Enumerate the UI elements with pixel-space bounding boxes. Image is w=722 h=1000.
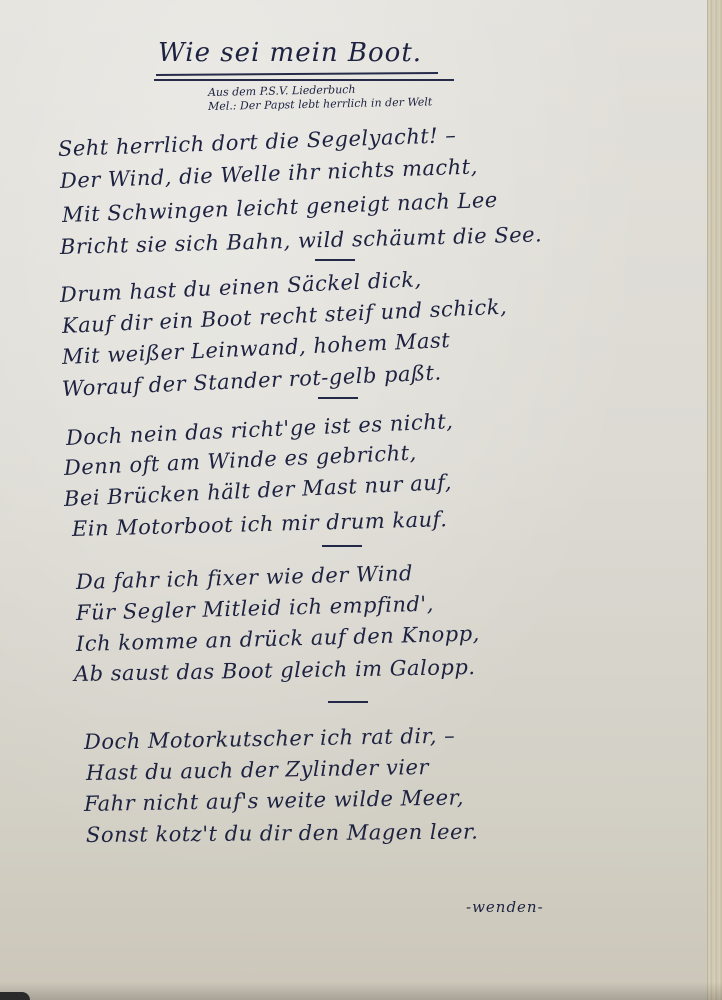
verse-line: Fahr nicht auf's weite wilde Meer,: [84, 785, 464, 816]
verse-line: Bricht sie sich Bahn, wild schäumt die S…: [60, 222, 543, 259]
title-double-underline: [154, 79, 454, 81]
verse-line: Sonst kotz't du dir den Magen leer.: [86, 820, 479, 847]
verse-line: Mit Schwingen leicht geneigt nach Lee: [62, 188, 499, 227]
verse-line: Ich komme an drück auf den Knopp,: [76, 621, 480, 656]
title-underline: [156, 72, 438, 76]
stanza-separator: [318, 397, 358, 399]
page-edge: [707, 0, 722, 1000]
verse-line: Seht herrlich dort die Segelyacht! –: [58, 123, 457, 161]
notebook-page: Wie sei mein Boot. Aus dem P.S.V. Lieder…: [0, 0, 722, 1000]
binding-corner: [0, 992, 30, 1000]
verse-line: Da fahr ich fixer wie der Wind: [76, 561, 414, 594]
verse-line: Der Wind, die Welle ihr nichts macht,: [60, 154, 479, 193]
verse-line: Für Segler Mitleid ich empfind',: [76, 592, 434, 625]
stanza-separator: [315, 259, 355, 261]
song-title: Wie sei mein Boot.: [158, 38, 422, 68]
verse-line: Ein Motorboot ich mir drum kauf.: [72, 507, 448, 541]
stanza-separator: [322, 545, 362, 547]
stanza-separator: [328, 701, 368, 703]
page-shadow: [0, 982, 722, 1000]
turn-page-note: -wenden-: [466, 898, 544, 916]
verse-line: Ab saust das Boot gleich im Galopp.: [74, 655, 476, 686]
verse-line: Hast du auch der Zylinder vier: [86, 755, 429, 785]
verse-line: Doch Motorkutscher ich rat dir, –: [84, 724, 456, 754]
